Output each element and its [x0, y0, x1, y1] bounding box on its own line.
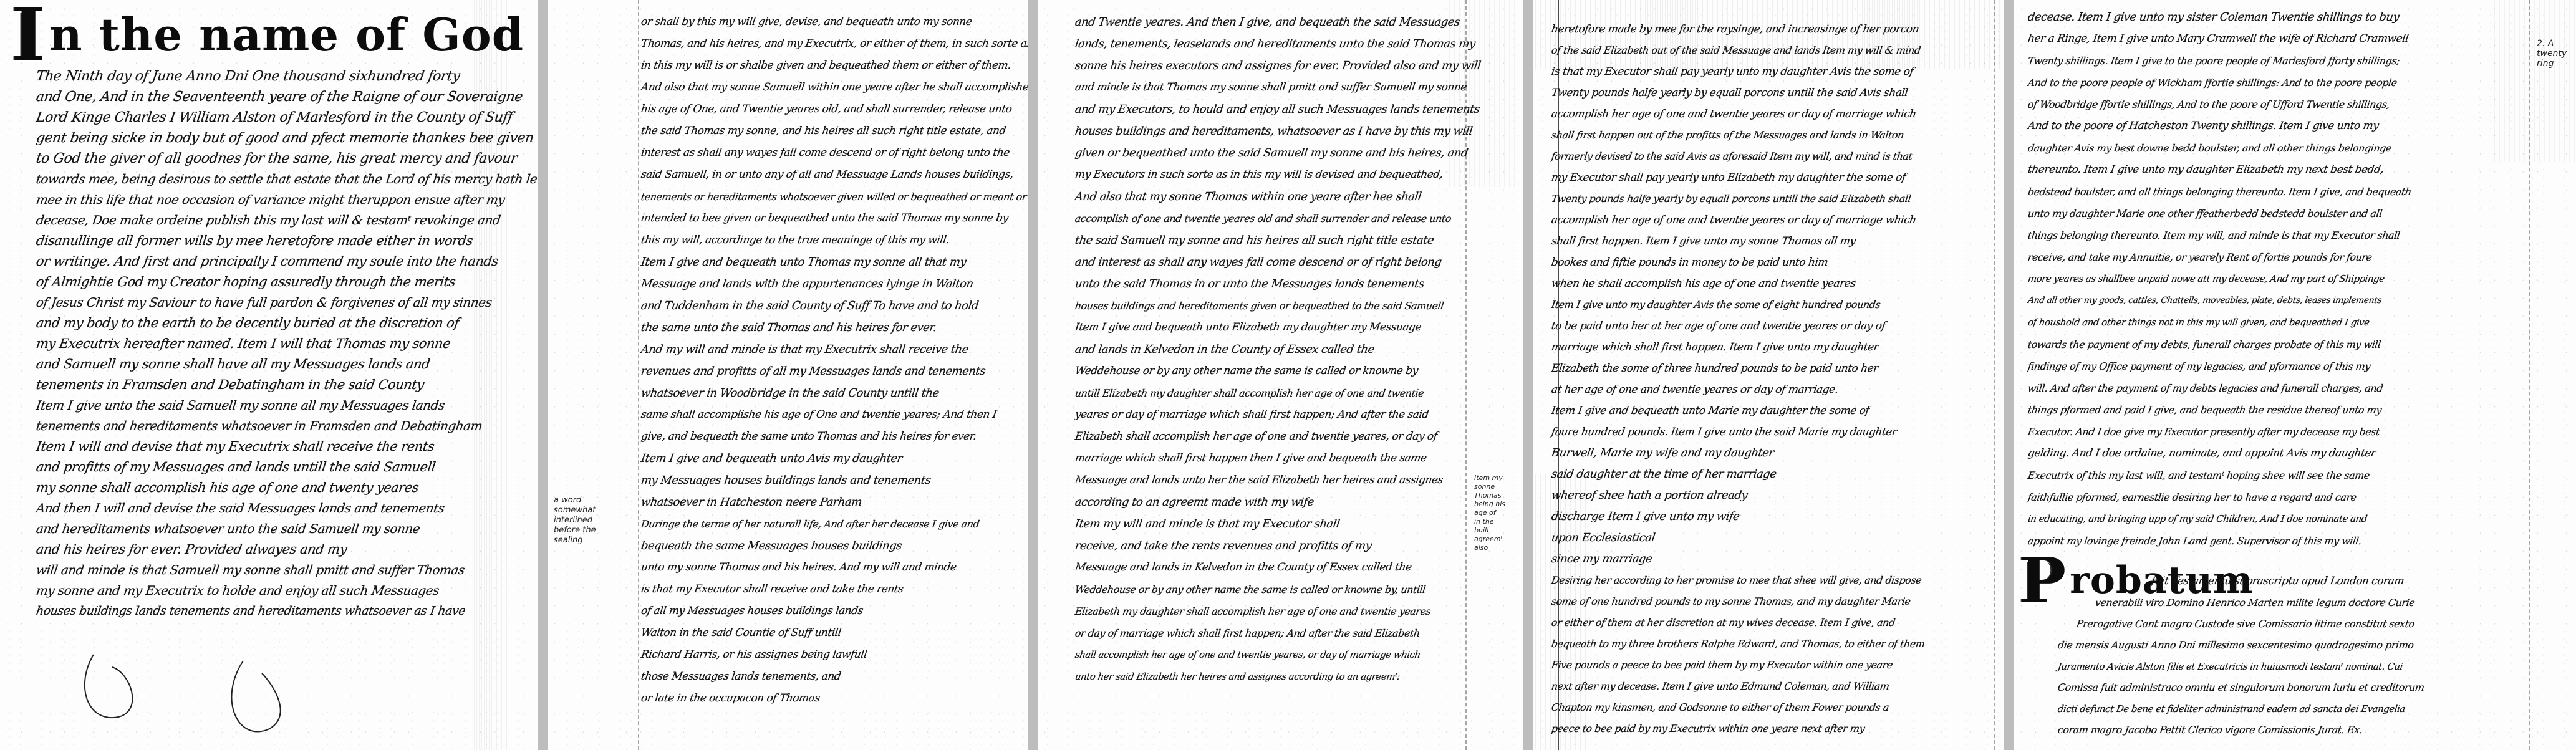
- text-line: Elizabeth the some of three hundred poun…: [1550, 358, 2004, 379]
- text-line: the said Samuell my sonne and his heires…: [1074, 229, 1523, 251]
- page-separator: [2004, 0, 2014, 750]
- text-line: things pformed and paid I give, and bequ…: [2027, 399, 2576, 421]
- text-line: my Executors in such sorte as in this my…: [1074, 164, 1523, 186]
- manuscript-page-4: heretofore made by mee for the raysinge,…: [1533, 0, 2004, 750]
- text-line: accomplish her age of one and twentie ye…: [1550, 209, 2004, 231]
- text-line: or either of them at her discretion at m…: [1550, 612, 2004, 633]
- text-line: Executor. And I doe give my Executor pre…: [2027, 421, 2576, 443]
- text-line: my sonne and my Executrix to holde and e…: [35, 580, 538, 601]
- decorated-initial: I: [11, 4, 46, 66]
- text-line: Executrix of this my last will, and test…: [2027, 464, 2576, 486]
- text-line: things belonging thereunto. Item my will…: [2027, 224, 2576, 246]
- text-line: And all other my goods, cattles, Chattel…: [2027, 290, 2576, 312]
- text-line: gent being sicke in body but of good and…: [35, 128, 538, 148]
- text-line: to be paid unto her at her age of one an…: [1550, 315, 2004, 337]
- flourish-icon: [37, 648, 362, 748]
- text-line: faithfullie pformed, earnestlie desiring…: [2027, 486, 2576, 508]
- text-line: foure hundred pounds. Item I give unto t…: [1550, 421, 2004, 443]
- text-line: and Tuddenham in the said County of Suff…: [640, 295, 1028, 317]
- probate-text-block: venerabili viro Domino Henrico Marten mi…: [2058, 592, 2576, 741]
- text-line: and his heires for ever. Provided alwaye…: [35, 539, 538, 560]
- text-line: is that my Executor shall receive and ta…: [640, 579, 1028, 600]
- text-line: my Messuages houses buildings lands and …: [640, 469, 1028, 491]
- text-line: Walton in the said Countie of Suff until…: [640, 622, 1028, 644]
- margin-note: a word somewhat interlined before the se…: [554, 496, 610, 546]
- text-line: of Almightie God my Creator hoping assur…: [35, 272, 538, 292]
- text-line: disanullinge all former wills by mee her…: [35, 231, 538, 251]
- text-line: Twenty pounds halfe yearly by equall por…: [1550, 188, 2004, 209]
- text-line: my Executrix hereafter named. Item I wil…: [35, 334, 538, 354]
- text-line: give, and bequeath the same unto Thomas …: [640, 426, 1028, 448]
- text-line: Messuage and lands unto her the said Eli…: [1074, 469, 1523, 491]
- text-line: peece to bee paid by my Executrix within…: [1550, 718, 2004, 739]
- text-line: tenements or hereditaments whatsoever gi…: [640, 186, 1028, 208]
- text-line: Weddehouse or by any other name the same…: [1074, 360, 1523, 382]
- margin-rule: [638, 0, 639, 750]
- text-line: houses buildings and hereditaments, what…: [1074, 120, 1523, 142]
- text-line: to God the giver of all goodnes for the …: [35, 148, 538, 169]
- text-line: when he shall accomplish his age of one …: [1550, 273, 2004, 294]
- text-line: decease. Item I give unto my sister Cole…: [2027, 6, 2576, 28]
- text-line: Item I give and bequeath unto Marie my d…: [1550, 400, 2004, 421]
- text-line: some of one hundred pounds to my sonne T…: [1550, 591, 2004, 612]
- text-line: her a Ringe, Item I give unto Mary Cramw…: [2027, 28, 2576, 50]
- text-line: And then I will and devise the said Mess…: [35, 498, 538, 519]
- text-line: next after my decease. Item I give unto …: [1550, 676, 2004, 697]
- text-line: decease, Doe make ordeine publish this m…: [35, 210, 538, 231]
- text-line: The Ninth day of June Anno Dni One thous…: [35, 66, 538, 87]
- page-heading: In the name of God Amen: [11, 4, 538, 66]
- probate-line: dicti defunct De bene et fideliter admin…: [2057, 698, 2576, 719]
- text-line: Weddehouse or by any other name the same…: [1074, 579, 1523, 600]
- text-line: accomplish of one and twentie yeares old…: [1074, 208, 1523, 229]
- text-line: unto her said Elizabeth her heires and a…: [1074, 666, 1523, 688]
- text-line: said Samuell, in or unto any of all and …: [640, 164, 1028, 186]
- probate-line: Prerogative Cant magro Custode sive Comi…: [2057, 613, 2576, 635]
- text-line: of all my Messuages houses buildings lan…: [640, 600, 1028, 622]
- text-line: And also that my sonne Thomas within one…: [1074, 186, 1523, 208]
- text-line: tenements in Framsden and Debatingham in…: [35, 375, 538, 395]
- text-line: Messuage and lands with the appurtenance…: [640, 273, 1028, 295]
- text-line: Item I give and bequeath unto Thomas my …: [640, 251, 1028, 273]
- text-line: bequeath to my three brothers Ralphe Edw…: [1550, 633, 2004, 655]
- page-separator: [538, 0, 548, 750]
- text-line: or day of marriage which shall first hap…: [1074, 622, 1523, 644]
- will-text-block: The Ninth day of June Anno Dni One thous…: [36, 66, 538, 622]
- text-line: bookes and fiftie pounds in money to be …: [1550, 252, 2004, 273]
- text-line: gelding. And I doe ordaine, nominate, an…: [2027, 443, 2576, 464]
- text-line: unto my sonne Thomas and his heires. And…: [640, 557, 1028, 579]
- text-line: intended to bee given or bequeathed unto…: [640, 208, 1028, 229]
- text-line: said daughter at the time of her marriag…: [1550, 464, 2004, 485]
- page-separator: [1028, 0, 1038, 750]
- text-line: sonne his heires executors and assignes …: [1074, 55, 1523, 77]
- probate-line: die mensis Augusti Anno Dni millesimo se…: [2057, 635, 2576, 656]
- text-line: the same unto the said Thomas and his he…: [640, 317, 1028, 339]
- manuscript-page-1: In the name of God Amen The Ninth day of…: [0, 0, 538, 750]
- text-line: is that my Executor shall pay yearly unt…: [1550, 61, 2004, 82]
- probate-line: coram magro Jacobo Pettit Clerico vigore…: [2057, 719, 2576, 741]
- text-line: yeares or day of marriage which shall fi…: [1074, 404, 1523, 426]
- probate-text-block: fuit Testamentu suprascriptu apud London…: [2151, 570, 2576, 592]
- text-line: Twenty shillings. Item I give to the poo…: [2027, 50, 2576, 72]
- text-line: unto the said Thomas in or unto the Mess…: [1074, 273, 1523, 295]
- text-line: accomplish her age of one and twentie ye…: [1550, 103, 2004, 125]
- text-line: thereunto. Item I give unto my daughter …: [2027, 159, 2576, 181]
- text-line: formerly devised to the said Avis as afo…: [1550, 146, 2004, 167]
- text-line: according to an agreemt made with my wif…: [1074, 491, 1523, 513]
- probate-line: fuit Testamentu suprascriptu apud London…: [2150, 570, 2576, 592]
- text-line: Elizabeth my daughter shall accomplish h…: [1074, 600, 1523, 622]
- text-line: and my body to the earth to be decently …: [35, 313, 538, 334]
- text-line: findinge of my Office payment of my lega…: [2027, 355, 2576, 377]
- text-line: of the said Elizabeth out of the said Me…: [1550, 40, 2004, 61]
- text-line: and Twentie yeares. And then I give, and…: [1074, 11, 1523, 33]
- page-separator: [1523, 0, 1533, 750]
- text-line: towards mee, being desirous to settle th…: [35, 169, 538, 190]
- probate-line: Juramento Avicie Alston filie et Executr…: [2057, 656, 2576, 677]
- probate-line: venerabili viro Domino Henrico Marten mi…: [2057, 592, 2576, 613]
- text-line: towards the payment of my debts, funeral…: [2027, 334, 2576, 355]
- text-line: receive, and take my Annuitie, or yearel…: [2027, 246, 2576, 268]
- text-line: untill Elizabeth my daughter shall accom…: [1074, 382, 1523, 404]
- text-line: same shall accomplishe his age of One an…: [640, 404, 1028, 426]
- text-line: And my will and minde is that my Executr…: [640, 339, 1028, 360]
- text-line: Item I give and bequeath unto Avis my da…: [640, 448, 1028, 469]
- text-line: And to the poore of Hatcheston Twenty sh…: [2027, 115, 2576, 137]
- text-line: or shall by this my will give, devise, a…: [640, 11, 1028, 33]
- text-line: discharge Item I give unto my wife: [1550, 506, 2004, 527]
- text-line: this my will, accordinge to the true mea…: [640, 229, 1028, 251]
- text-line: bequeath the same Messuages houses build…: [640, 535, 1028, 557]
- text-line: And to the poore people of Wickham ffort…: [2027, 72, 2576, 94]
- text-line: Messuage and lands in Kelvedon in the Co…: [1074, 557, 1523, 579]
- text-line: and profitts of my Messuages and lands u…: [35, 457, 538, 478]
- text-line: at her age of one and twentie yeares or …: [1550, 379, 2004, 400]
- text-line: since my marriage: [1550, 549, 2004, 570]
- text-line: shall first happen out of the profitts o…: [1550, 125, 2004, 146]
- heading-text: n the name of God Amen: [49, 8, 538, 61]
- text-line: Burwell, Marie my wife and my daughter: [1550, 443, 2004, 464]
- text-line: or writinge. And first and principally I…: [35, 251, 538, 272]
- text-line: and minde is that Thomas my sonne shall …: [1074, 77, 1523, 99]
- text-line: shall accomplish her age of one and twen…: [1074, 644, 1523, 666]
- text-line: Chapton my kinsmen, and Godsonne to eith…: [1550, 697, 2004, 718]
- text-line: in this my will is or shalbe given and b…: [640, 55, 1028, 77]
- text-line: Item my will and minde is that my Execut…: [1074, 513, 1523, 535]
- text-line: Elizabeth shall accomplish her age of on…: [1074, 426, 1523, 448]
- text-line: Five pounds a peece to bee paid them by …: [1550, 655, 2004, 676]
- text-line: marriage which shall first happen. Item …: [1550, 337, 2004, 358]
- text-line: houses buildings lands tenements and her…: [35, 601, 538, 622]
- text-line: Item I will and devise that my Executrix…: [35, 436, 538, 457]
- text-line: whatsoever in Woodbridge in the said Cou…: [640, 382, 1028, 404]
- text-line: marriage which shall first happen then I…: [1074, 448, 1523, 469]
- text-line: receive, and take the rents revenues and…: [1074, 535, 1523, 557]
- text-line: shall first happen. Item I give unto my …: [1550, 231, 2004, 252]
- text-line: given or bequeathed unto the said Samuel…: [1074, 142, 1523, 164]
- text-line: daughter Avis my best downe bedd boulste…: [2027, 137, 2576, 159]
- will-text-block: and Twentie yeares. And then I give, and…: [1075, 11, 1523, 688]
- text-line: Richard Harris, or his assignes being la…: [640, 644, 1028, 666]
- text-line: whereof shee hath a portion already: [1550, 485, 2004, 506]
- text-line: unto my daughter Marie one other ffeathe…: [2027, 203, 2576, 224]
- text-line: Twenty pounds halfe yearly by equall por…: [1550, 82, 2004, 103]
- text-line: and lands in Kelvedon in the County of E…: [1074, 339, 1523, 360]
- text-line: of houshold and other things not in this…: [2027, 312, 2576, 334]
- will-text-block: decease. Item I give unto my sister Cole…: [2028, 6, 2576, 552]
- text-line: bedstead boulster, and all things belong…: [2027, 181, 2576, 203]
- text-line: And also that my sonne Samuell within on…: [640, 77, 1028, 99]
- text-line: or late in the occupacon of Thomas: [640, 688, 1028, 709]
- text-line: in educating, and bringing upp of my sai…: [2027, 508, 2576, 530]
- probate-line: Comissa fuit administraco omniu et singu…: [2057, 677, 2576, 698]
- text-line: houses buildings and hereditaments given…: [1074, 295, 1523, 317]
- text-line: interest as shall any wayes fall come de…: [640, 142, 1028, 164]
- text-line: Lord Kinge Charles I William Alston of M…: [35, 107, 538, 128]
- text-line: more yeares as shallbee unpaid nowe att …: [2027, 268, 2576, 290]
- text-line: and hereditaments whatsoever unto the sa…: [35, 519, 538, 539]
- text-line: Desiring her according to her promise to…: [1550, 570, 2004, 591]
- text-line: mee in this life that noe occasion of va…: [35, 190, 538, 210]
- text-line: revenues and profitts of all my Messuage…: [640, 360, 1028, 382]
- text-line: my Executor shall pay yearly unto Elizab…: [1550, 167, 2004, 188]
- will-text-block: heretofore made by mee for the raysinge,…: [1551, 19, 2004, 739]
- will-text-block: or shall by this my will give, devise, a…: [641, 11, 1028, 709]
- text-line: Item I give and bequeath unto Elizabeth …: [1074, 317, 1523, 339]
- text-line: his age of One, and Twentie yeares old, …: [640, 99, 1028, 120]
- text-line: and Samuell my sonne shall have all my M…: [35, 354, 538, 375]
- text-line: Duringe the terme of her naturall life, …: [640, 513, 1028, 535]
- text-line: will and minde is that Samuell my sonne …: [35, 560, 538, 580]
- text-line: those Messuages lands tenements, and: [640, 666, 1028, 688]
- text-line: appoint my lovinge freinde John Land gen…: [2027, 530, 2576, 552]
- text-line: tenements and hereditaments whatsoever i…: [35, 416, 538, 436]
- text-line: my sonne shall accomplish his age of one…: [35, 478, 538, 498]
- text-line: of Woodbridge ffortie shillings, And to …: [2027, 94, 2576, 115]
- text-line: and my Executors, to hould and enjoy all…: [1074, 99, 1523, 120]
- manuscript-page-3: Item my sonne Thomas being his age of in…: [1038, 0, 1523, 750]
- manuscript-page-5: 2. A twenty ring decease. Item I give un…: [2014, 0, 2576, 750]
- text-line: lands, tenements, leaselands and heredit…: [1074, 33, 1523, 55]
- text-line: Thomas, and his heires, and my Executrix…: [640, 33, 1028, 55]
- text-line: heretofore made by mee for the raysinge,…: [1550, 19, 2004, 40]
- text-line: and interest as shall any wayes fall com…: [1074, 251, 1523, 273]
- text-line: upon Ecclesiastical: [1550, 527, 2004, 549]
- text-line: Item I give unto the said Samuell my son…: [35, 395, 538, 416]
- text-line: will. And after the payment of my debts …: [2027, 377, 2576, 399]
- text-line: whatsoever in Hatcheston neere Parham: [640, 491, 1028, 513]
- manuscript-page-2: a word somewhat interlined before the se…: [548, 0, 1028, 750]
- text-line: of Jesus Christ my Saviour to have full …: [35, 292, 538, 313]
- text-line: Item I give unto my daughter Avis the so…: [1550, 294, 2004, 315]
- text-line: the said Thomas my sonne, and his heires…: [640, 120, 1028, 142]
- text-line: and One, And in the Seaventeenth yeare o…: [35, 87, 538, 107]
